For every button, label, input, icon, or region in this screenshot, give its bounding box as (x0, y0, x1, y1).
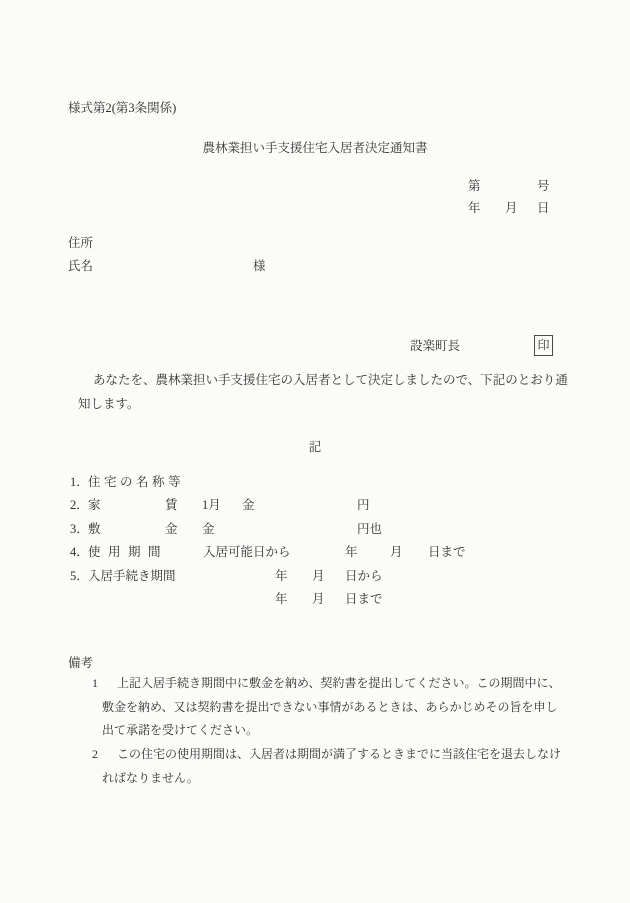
item-day-label: 日まで (345, 592, 383, 607)
name-line: 氏名 様 (0, 256, 630, 272)
list-item-4: 4． 使用期間 入居可能日から 年 月 日まで (0, 545, 630, 563)
form-number: 様式第2(第3条関係) (68, 98, 176, 116)
name-label: 氏名 (68, 256, 93, 274)
sender-name: 設楽町長 (410, 336, 460, 354)
item-label: 家 (88, 498, 101, 513)
seal-box: 印 (534, 335, 553, 356)
item-label: 入居手続き期間 (88, 569, 176, 584)
item-number: 5． (70, 569, 89, 584)
item-number: 2． (70, 498, 89, 513)
item-number: 4． (70, 545, 89, 560)
body-line: 知します。 (78, 393, 570, 417)
item-label: 円也 (357, 522, 382, 537)
item-month-label: 月 (312, 569, 325, 584)
body-line: あなたを、農林業担い手支援住宅の入居者として決定しましたので、下記のとおり通 (78, 369, 570, 393)
list-item-5: 5． 入居手続き期間 年 月 日から (0, 569, 630, 587)
item-month-label: 月 (312, 592, 325, 607)
remark-number: 2 (92, 743, 98, 767)
item-label: 円 (357, 498, 370, 513)
remark-line: 上記入居手続き期間中に敷金を納め、契約書を提出してください。この期間中に、 (102, 672, 574, 696)
item-day-label: 日から (345, 569, 383, 584)
remark-line: ればなりません。 (102, 767, 574, 791)
item-year-label: 年 (345, 545, 358, 560)
doc-number-prefix: 第 (468, 176, 481, 194)
item-month-label: 月 (390, 545, 403, 560)
item-number: 1． (70, 475, 89, 490)
item-number: 3． (70, 522, 89, 537)
ki-heading: 記 (0, 437, 630, 455)
remark-line: この住宅の使用期間は、入居者は期間が満了するときまでに当該住宅を退去しなけ (102, 743, 574, 767)
item-label: 金 (202, 522, 215, 537)
remark-item-1: 1 上記入居手続き期間中に敷金を納め、契約書を提出してください。この期間中に、 … (68, 672, 574, 743)
remarks-heading: 備考 (68, 653, 93, 671)
item-label: 住宅の名称等 (88, 475, 184, 490)
doc-number-line: 第 号 (0, 176, 630, 192)
list-item-1: 1． 住宅の名称等 (0, 475, 630, 493)
item-label: 金 (165, 522, 178, 537)
date-day-label: 日 (537, 198, 550, 216)
item-year-label: 年 (275, 592, 288, 607)
date-month-label: 月 (505, 198, 518, 216)
item-label: 敷 (88, 522, 101, 537)
item-day-label: 日まで (428, 545, 466, 560)
document-page: 様式第2(第3条関係) 農林業担い手支援住宅入居者決定通知書 第 号 年 月 日… (0, 0, 630, 903)
item-label: 1月 (202, 498, 221, 513)
item-label: 入居可能日から (203, 545, 291, 560)
remark-line: 敷金を納め、又は契約書を提出できない事情があるときは、あらかじめその旨を申し (102, 696, 574, 720)
remark-line: 出て承諾を受けてください。 (102, 719, 574, 743)
date-year-label: 年 (468, 198, 481, 216)
address-label: 住所 (68, 233, 93, 251)
item-year-label: 年 (275, 569, 288, 584)
item-label: 賃 (165, 498, 178, 513)
list-item-5-continued: 年 月 日まで (0, 592, 630, 610)
doc-number-suffix: 号 (537, 176, 550, 194)
seal-mark: 印 (537, 338, 549, 352)
item-label: 金 (242, 498, 255, 513)
date-line: 年 月 日 (0, 198, 630, 214)
item-label: 使用期間 (88, 545, 168, 560)
list-item-3: 3． 敷 金 金 円也 (0, 522, 630, 540)
remark-item-2: 2 この住宅の使用期間は、入居者は期間が満了するときまでに当該住宅を退去しなけ … (68, 743, 574, 790)
list-item-2: 2． 家 賃 1月 金 円 (0, 498, 630, 516)
remark-number: 1 (92, 672, 98, 696)
honorific-label: 様 (253, 256, 266, 274)
document-title: 農林業担い手支援住宅入居者決定通知書 (0, 138, 630, 156)
body-paragraph: あなたを、農林業担い手支援住宅の入居者として決定しましたので、下記のとおり通 知… (78, 369, 570, 416)
